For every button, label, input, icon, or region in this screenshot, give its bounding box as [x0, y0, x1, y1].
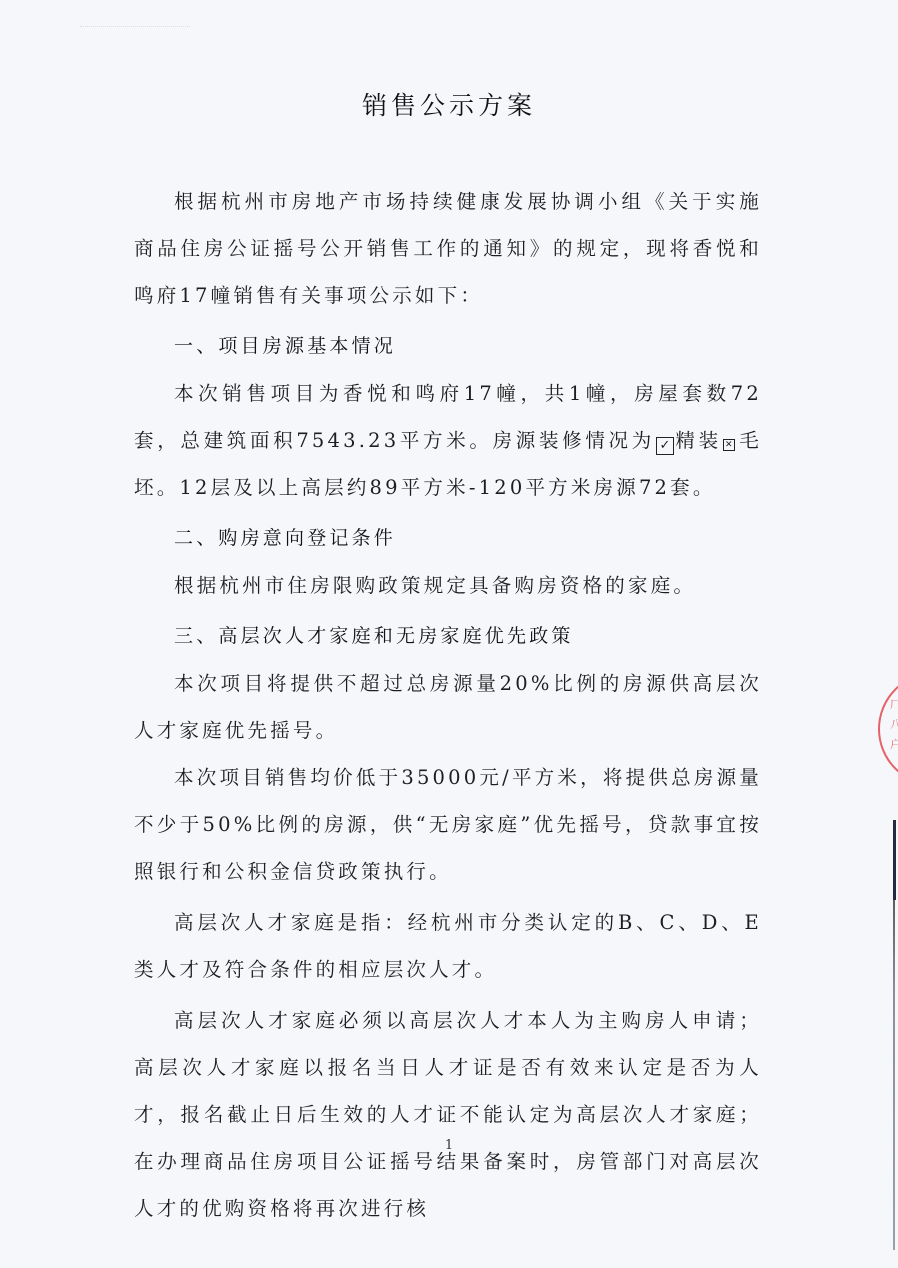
section2-body: 根据杭州市住房限购政策规定具备购房资格的家庭。: [134, 562, 762, 609]
document-body: 根据杭州市房地产市场持续健康发展协调小组《关于实施商品住房公证摇号公开销售工作的…: [134, 178, 762, 1232]
scan-artifact: [80, 26, 190, 30]
seal-text: 厂 八 户: [890, 695, 898, 755]
document-title: 销售公示方案: [0, 86, 898, 122]
unchecked-box-icon: ✕: [723, 439, 735, 451]
section3-paragraph-4: 高层次人才家庭必须以高层次人才本人为主购房人申请；高层次人才家庭以报名当日人才证…: [134, 997, 762, 1232]
section1-heading: 一、项目房源基本情况: [134, 323, 762, 370]
document-page: 销售公示方案 根据杭州市房地产市场持续健康发展协调小组《关于实施商品住房公证摇号…: [0, 0, 898, 1268]
section3-paragraph-3: 高层次人才家庭是指：经杭州市分类认定的B、C、D、E类人才及符合条件的相应层次人…: [134, 899, 762, 993]
section1-body: 本次销售项目为香悦和鸣府17幢，共1幢，房屋套数72套，总建筑面积7543.23…: [134, 370, 762, 511]
checked-box-icon: ✓: [656, 437, 674, 455]
intro-paragraph: 根据杭州市房地产市场持续健康发展协调小组《关于实施商品住房公证摇号公开销售工作的…: [134, 178, 762, 319]
section3-paragraph-2: 本次项目销售均价低于35000元/平方米，将提供总房源量不少于50%比例的房源，…: [134, 754, 762, 895]
section1-body-part2: 。12层及以上高层约89平方米-120平方米房源72套。: [157, 476, 716, 499]
section2-heading: 二、购房意向登记条件: [134, 515, 762, 562]
page-edge-dark-mark: [893, 820, 896, 900]
section3-paragraph-1: 本次项目将提供不超过总房源量20%比例的房源供高层次人才家庭优先摇号。: [134, 660, 762, 754]
decoration-option-fine: 精装: [675, 429, 722, 452]
section3-heading: 三、高层次人才家庭和无房家庭优先政策: [134, 613, 762, 660]
page-number: 1: [0, 1138, 898, 1153]
